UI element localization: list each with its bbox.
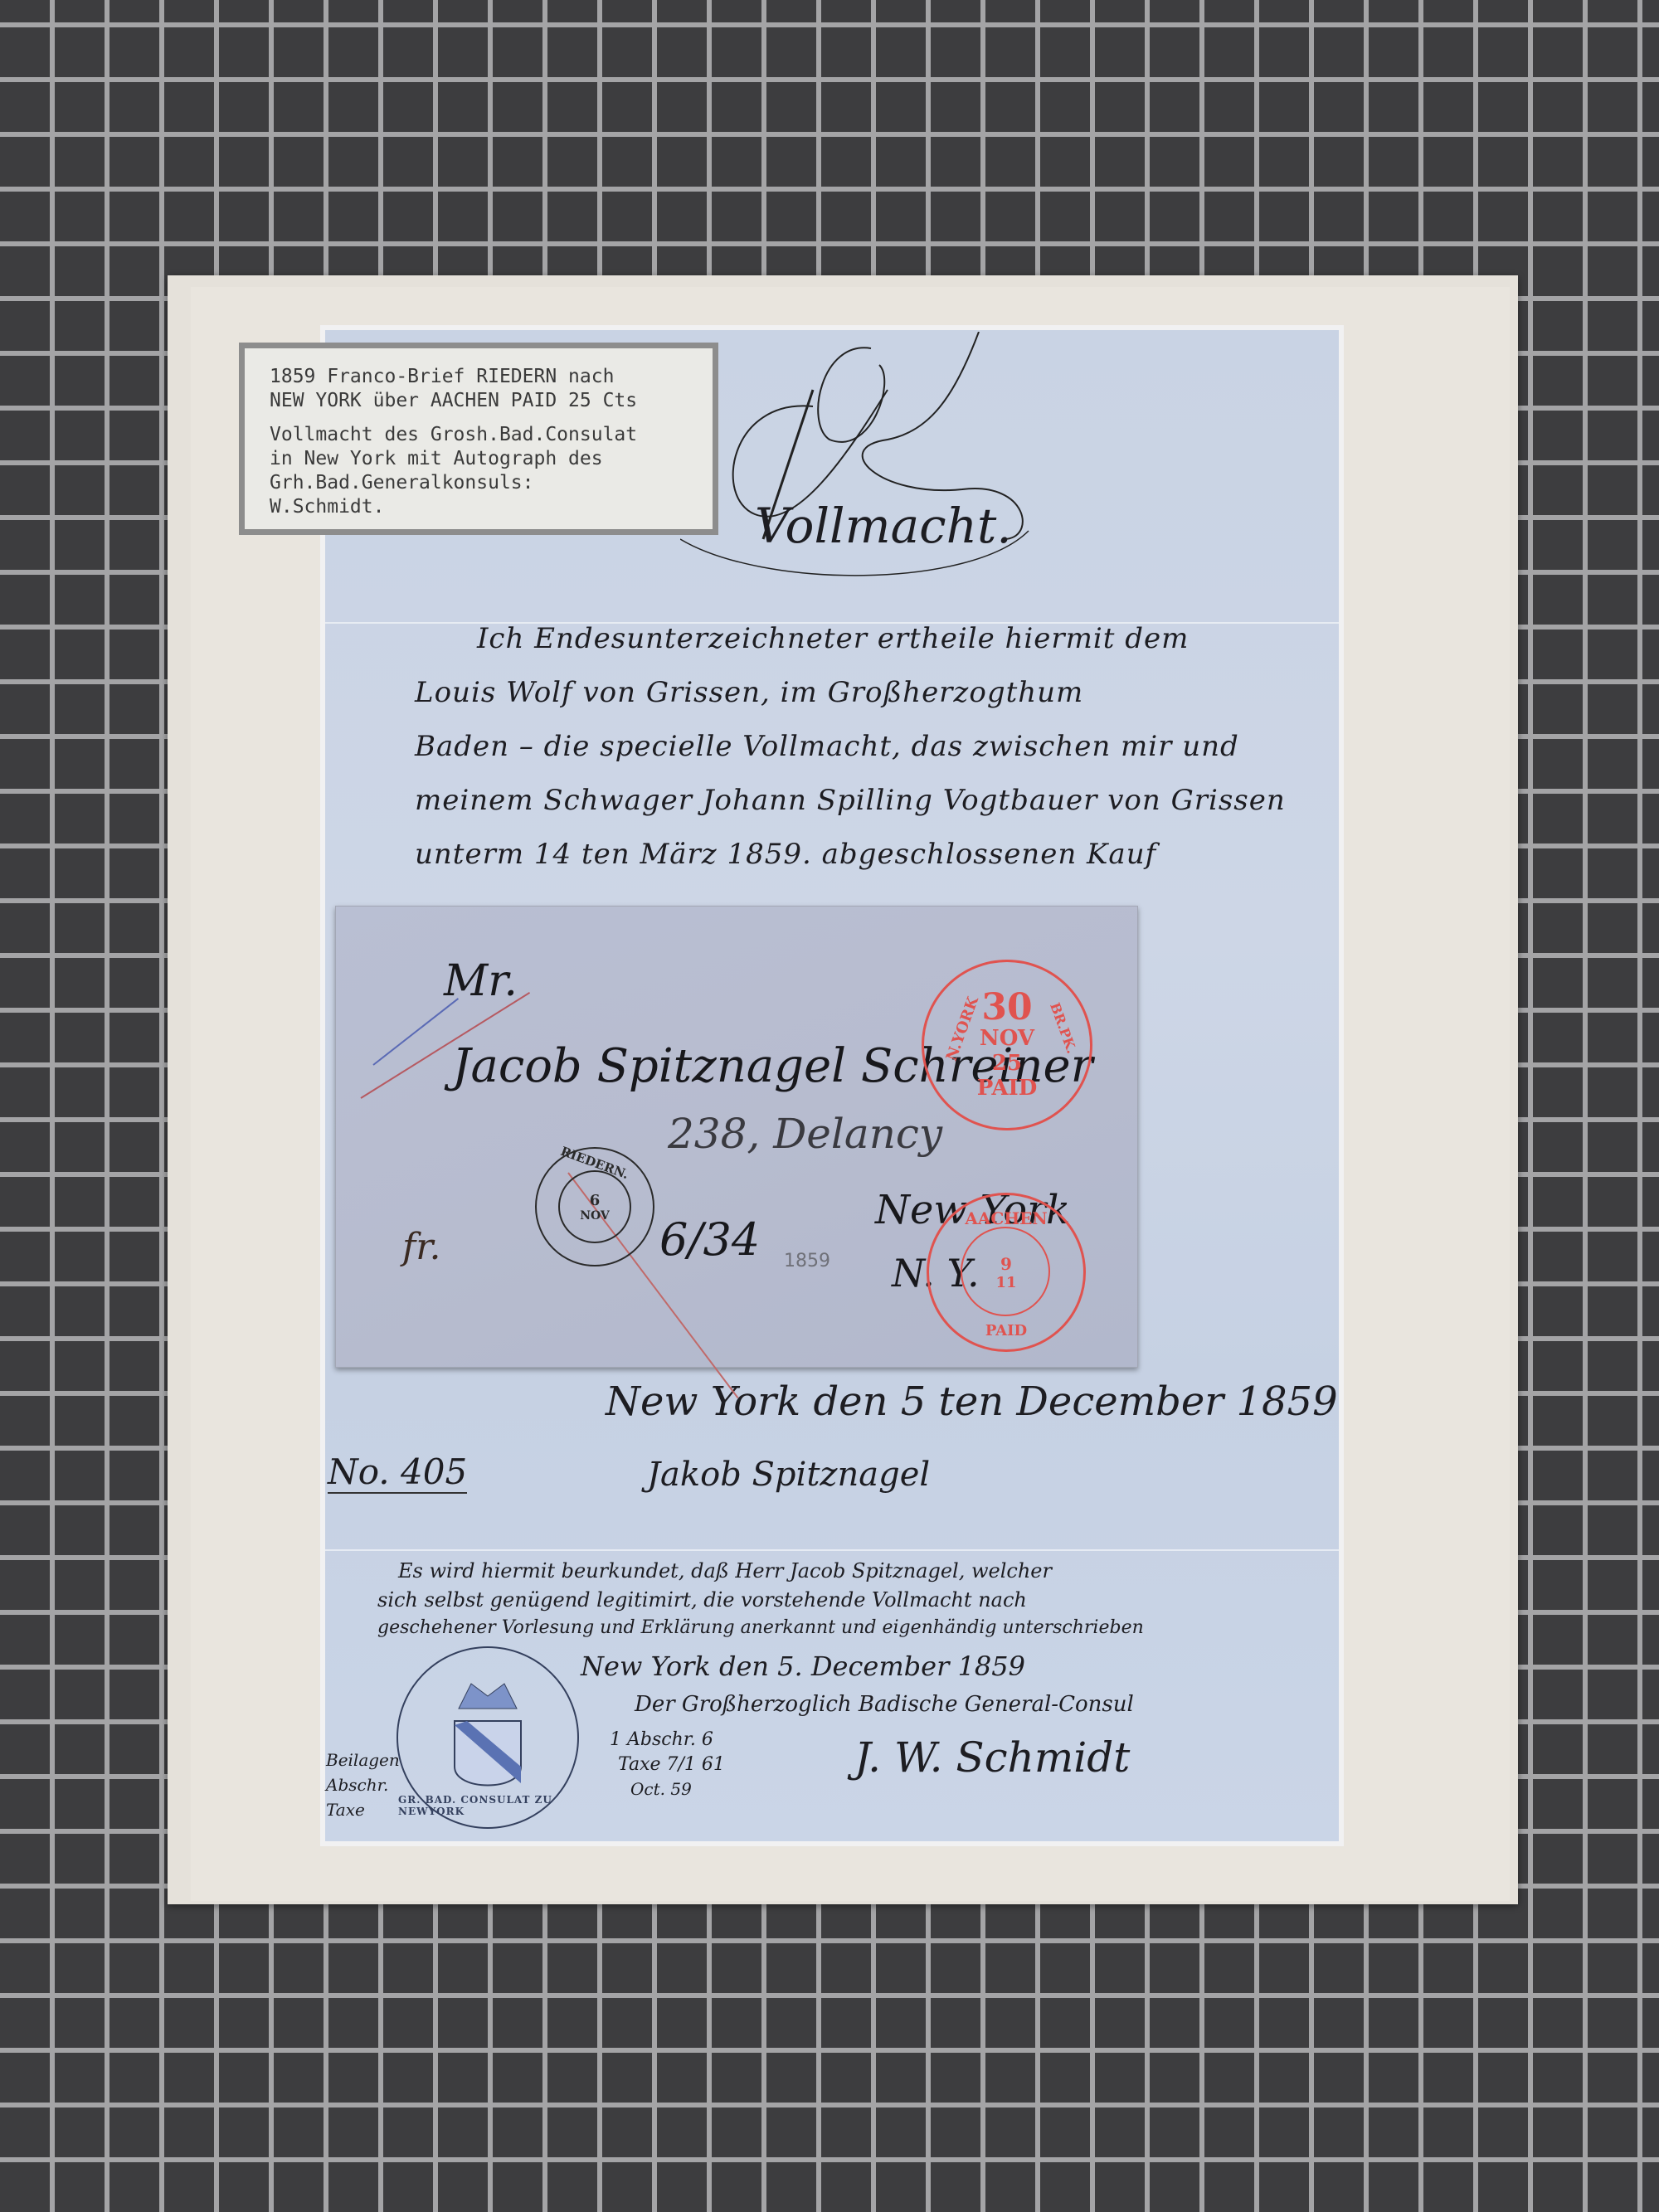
consulate-seal: GR. BAD. CONSULAT ZU NEWYORK: [397, 1646, 579, 1829]
seal-text: GR. BAD. CONSULAT ZU NEWYORK: [398, 1794, 577, 1817]
postmark-inner-ring: [558, 1170, 631, 1243]
postmark-day: 25: [992, 1051, 1022, 1076]
postmark-arc-left: N.YORK: [943, 994, 982, 1063]
aachen-paid-postmark: AACHEN 9 11 PAID: [927, 1193, 1086, 1352]
margin-note: Beilagen: [326, 1750, 400, 1770]
attestation-office: Der Großherzoglich Badische General-Cons…: [635, 1692, 1134, 1717]
postmark-town: AACHEN: [965, 1208, 1047, 1228]
postmark-month: NOV: [980, 1026, 1034, 1051]
salutation: Mr.: [444, 956, 518, 1006]
postmark-inner-ring: [961, 1227, 1050, 1316]
description-label: 1859 Franco-Brief RIEDERN nach NEW YORK …: [239, 343, 718, 535]
postmark-paid: PAID: [985, 1322, 1027, 1339]
attestation-line: Es wird hiermit beurkundet, daß Herr Jac…: [398, 1559, 1052, 1582]
postmark-arc-right: BR.PK.: [1047, 1000, 1080, 1056]
body-line: unterm 14 ten März 1859. abgeschlossenen…: [415, 838, 1156, 871]
label-line: 1859 Franco-Brief RIEDERN nach: [270, 365, 688, 389]
label-line: in New York mit Autograph des: [270, 447, 688, 471]
body-line: meinem Schwager Johann Spilling Vogtbaue…: [415, 784, 1286, 817]
principal-signature: Jakob Spitznagel: [647, 1456, 930, 1494]
attestation-date: New York den 5. December 1859: [581, 1650, 1025, 1682]
label-line: W.Schmidt.: [270, 495, 688, 519]
street-address: 238, Delancy: [668, 1110, 942, 1158]
pencil-year: 1859: [784, 1251, 830, 1271]
document-number: No. 405: [328, 1451, 467, 1494]
body-line: Ich Endesunterzeichneter ertheile hiermi…: [477, 622, 1189, 655]
attestation-line: geschehener Vorlesung und Erklärung aner…: [377, 1617, 1144, 1638]
label-line: NEW YORK über AACHEN PAID 25 Cts: [270, 389, 688, 413]
document-title: Vollmacht.: [755, 498, 1012, 554]
riedern-postmark: RIEDERN. 6 NOV: [535, 1147, 654, 1266]
label-line: Vollmacht des Grosh.Bad.Consulat: [270, 423, 688, 447]
postmark-paid: PAID: [977, 1076, 1038, 1101]
label-line: Grh.Bad.Generalkonsuls:: [270, 471, 688, 495]
new-york-paid-postmark: 30 NOV 25 PAID N.YORK BR.PK.: [922, 960, 1092, 1130]
margin-note: Abschr.: [326, 1775, 388, 1795]
attestation-line: sich selbst genügend legitimirt, die vor…: [377, 1588, 1027, 1612]
postmark-rate: 30: [981, 989, 1032, 1026]
margin-note: Taxe: [326, 1800, 365, 1820]
body-line: Louis Wolf von Grissen, im Großherzogthu…: [415, 676, 1083, 709]
fee-note: 1 Abschr. 6: [610, 1729, 713, 1750]
fold-line: [325, 1549, 1339, 1551]
consul-signature: J. W. Schmidt: [854, 1733, 1130, 1782]
document-date: New York den 5 ten December 1859: [606, 1378, 1338, 1425]
rate-note: 6/34: [659, 1213, 760, 1266]
baden-coat-of-arms-icon: [442, 1675, 533, 1800]
fee-note: Taxe 7/1 61: [618, 1754, 725, 1775]
body-line: Baden – die specielle Vollmacht, das zwi…: [415, 730, 1239, 763]
franco-mark: fr.: [402, 1226, 440, 1268]
fee-note: Oct. 59: [630, 1779, 692, 1799]
blue-crayon-stroke: [372, 998, 459, 1066]
envelope-cover: Mr. Jacob Spitznagel Schreiner 238, Dela…: [335, 906, 1138, 1368]
